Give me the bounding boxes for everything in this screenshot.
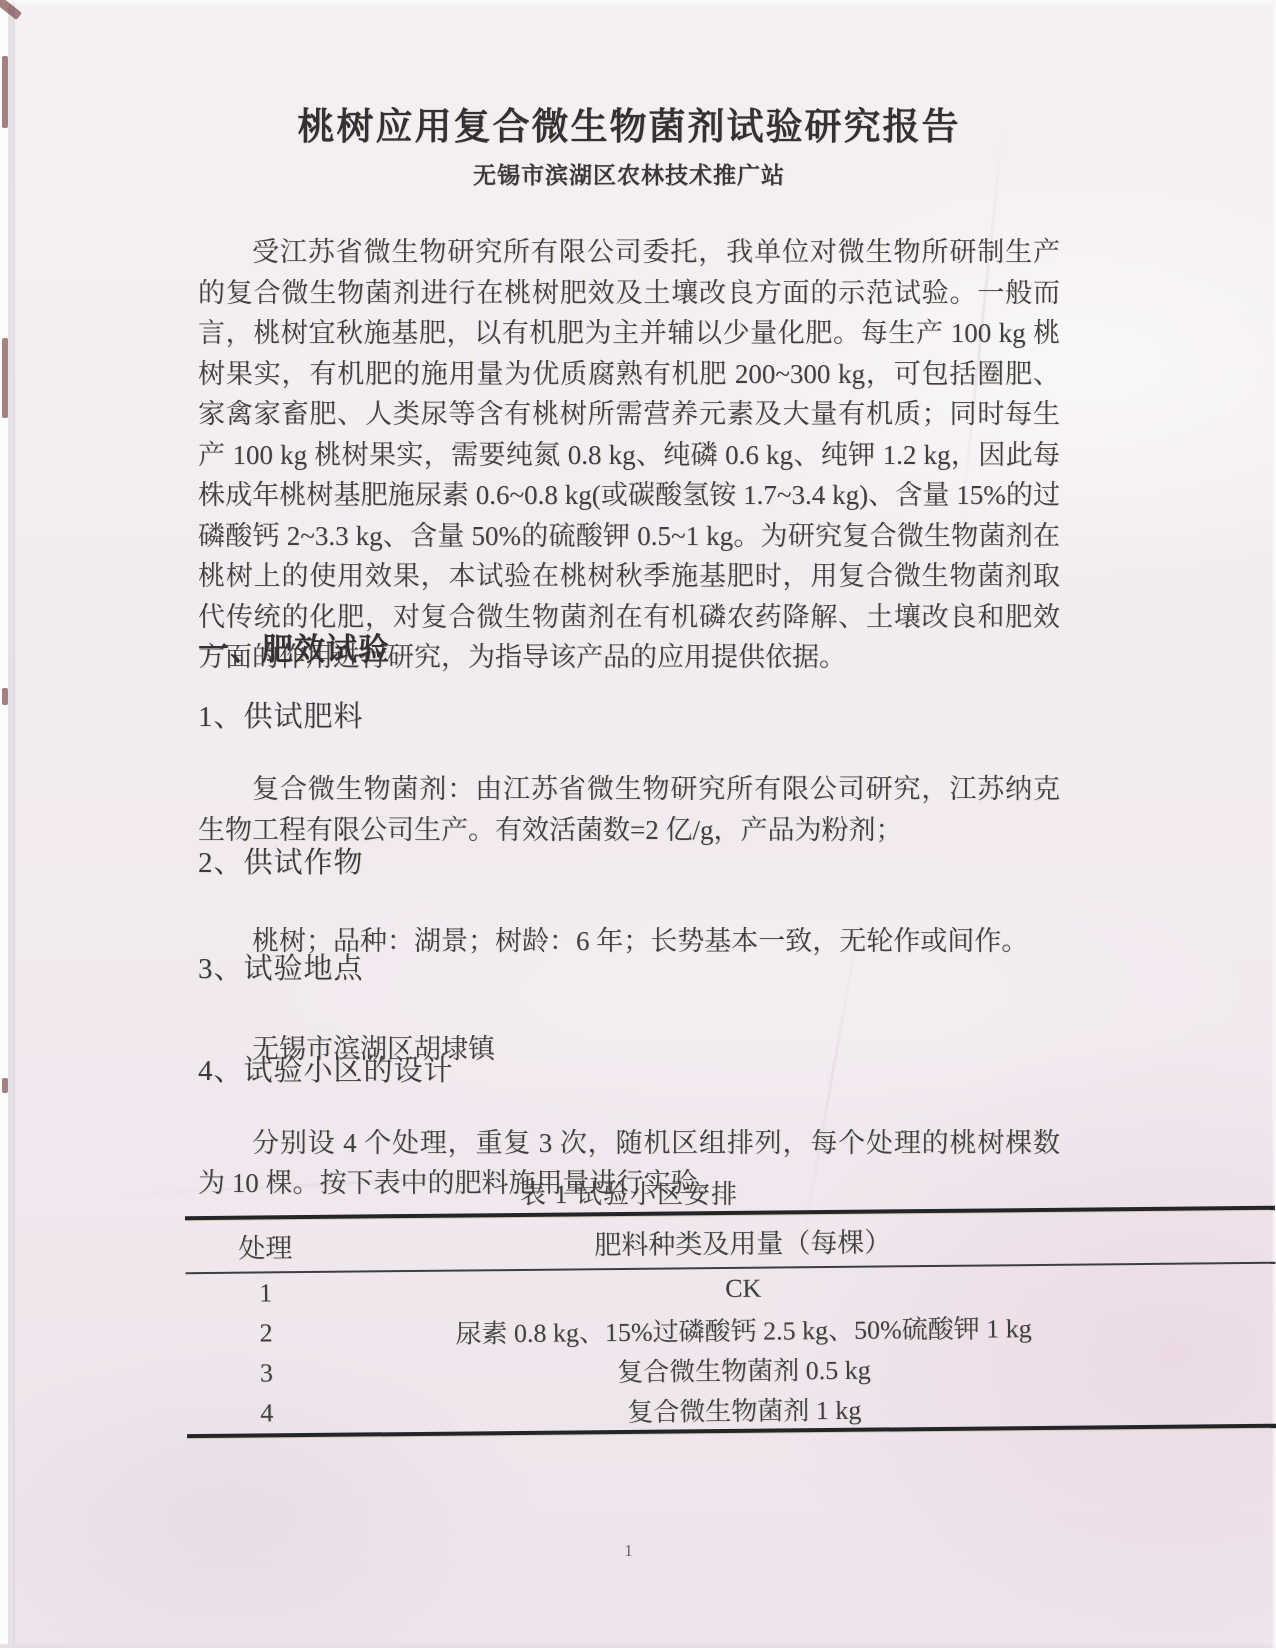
report-subtitle: 无锡市滨湖区农林技术推广站 <box>198 157 1060 190</box>
scan-edge-mark <box>2 338 8 418</box>
section-heading-fertilizer-test: 一、肥效试验 <box>198 624 1060 669</box>
table-caption: 表 1 试验小区安排 <box>198 1174 1060 1211</box>
scan-left-edge-line <box>13 0 15 1650</box>
subsection-body-test-fertilizer: 复合微生物菌剂：由江苏省微生物研究所有限公司研究，江苏纳克生物工程有限公司生产。… <box>198 769 1060 851</box>
table-header-fertilizer-amount: 肥料种类及用量（每棵） <box>345 1216 1275 1264</box>
scan-edge-mark <box>2 1078 8 1093</box>
table-cell-treatment: 4 <box>187 1398 347 1430</box>
scan-edge-mark <box>2 688 8 705</box>
table-header-treatment: 处理 <box>185 1225 345 1266</box>
subsection-heading-test-fertilizer: 1、供试肥料 <box>198 694 1060 735</box>
page-number: 1 <box>198 1541 1060 1561</box>
intro-paragraph: 受江苏省微生物研究所有限公司委托，我单位对微生物所研制生产的复合微生物菌剂进行在… <box>198 232 1060 678</box>
table-cell-treatment: 3 <box>186 1358 346 1390</box>
subsection-heading-test-site: 3、试验地点 <box>198 946 1060 987</box>
table-experiment-plots: 处理 肥料种类及用量（每棵） 1 CK 2 尿素 0.8 kg、15%过磷酸钙 … <box>185 1206 1276 1438</box>
scanned-page: 桃树应用复合微生物菌剂试验研究报告 无锡市滨湖区农林技术推广站 受江苏省微生物研… <box>0 0 1276 1650</box>
subsection-heading-test-crop: 2、供试作物 <box>198 840 1060 881</box>
table-cell-fertilizer: CK <box>346 1269 1276 1308</box>
report-title: 桃树应用复合微生物菌剂试验研究报告 <box>198 96 1060 150</box>
table-cell-treatment: 1 <box>186 1278 346 1310</box>
table-cell-treatment: 2 <box>186 1318 346 1350</box>
scan-edge-mark <box>2 56 8 128</box>
subsection-heading-plot-design: 4、试验小区的设计 <box>198 1048 1060 1089</box>
